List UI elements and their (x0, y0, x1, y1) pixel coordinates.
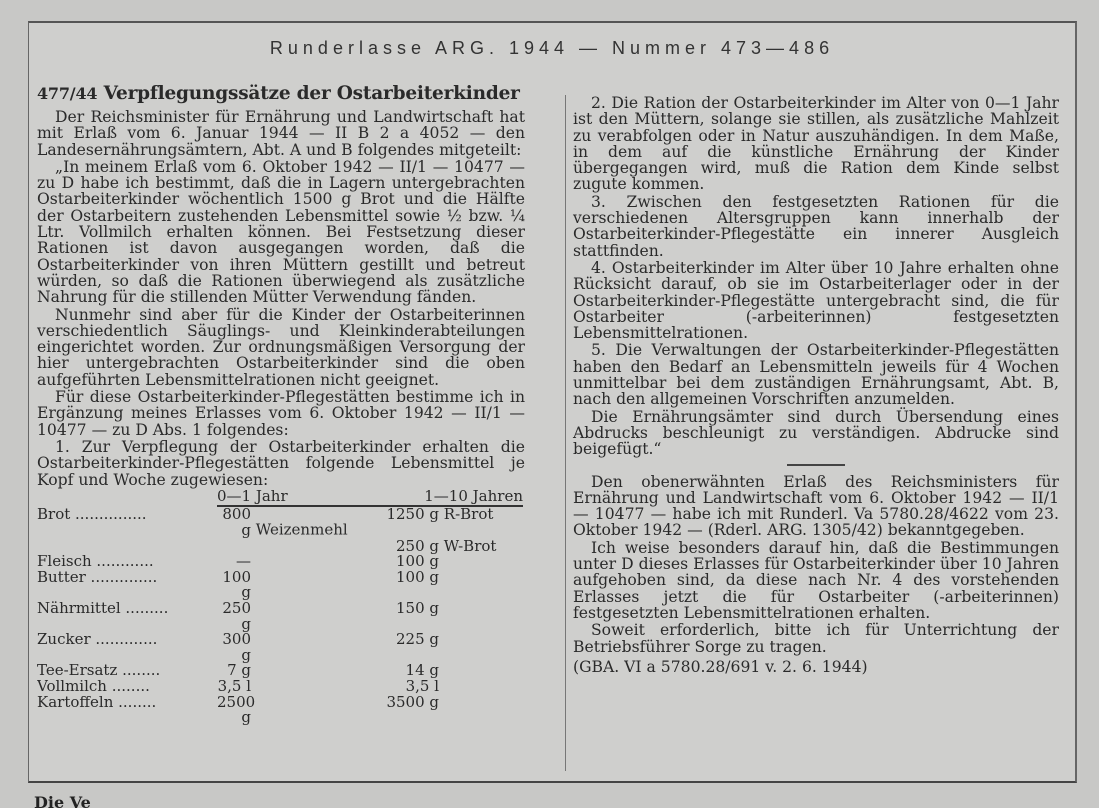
section-divider (787, 464, 845, 466)
table-row: Brot ............... 800 g Weizenmehl 12… (37, 507, 525, 538)
paragraph: Nunmehr sind aber für die Kinder der Ost… (37, 307, 525, 388)
paragraph: Soweit erforderlich, bitte ich für Unter… (573, 622, 1059, 655)
running-head: Runderlasse ARG. 1944 — Nummer 473—486 (29, 38, 1075, 59)
paragraph: Den obenerwähnten Erlaß des Reichsminist… (573, 474, 1059, 539)
reference-line: (GBA. VI a 5780.28/691 v. 2. 6. 1944) (573, 659, 1059, 675)
paragraph: 4. Ostarbeiterkinder im Alter über 10 Ja… (573, 260, 1059, 341)
table-row: Butter .............. 100 g 100 g (37, 570, 525, 601)
ration-table: 0—1 Jahr 1—10 Jahren Brot ..............… (37, 489, 525, 726)
table-row: Fleisch ............ — 100 g (37, 554, 525, 570)
paragraph: Ich weise besonders darauf hin, daß die … (573, 540, 1059, 621)
paragraph: Der Reichsminister für Ernährung und Lan… (37, 109, 525, 158)
paragraph: 3. Zwischen den festgesetzten Rationen f… (573, 194, 1059, 259)
table-row: Vollmilch ........ 3,5 l 3,5 l (37, 679, 525, 695)
paragraph: 1. Zur Verpflegung der Ostarbeiterkinder… (37, 439, 525, 488)
table-row: Nährmittel ......... 250 g 150 g (37, 601, 525, 632)
paragraph: 5. Die Verwaltungen der Ostarbeiterkinde… (573, 342, 1059, 407)
table-row: 250 g W-Brot (37, 539, 525, 555)
paragraph: „In meinem Erlaß vom 6. Oktober 1942 — I… (37, 159, 525, 306)
column-divider (565, 95, 566, 771)
paragraph: Für diese Ostarbeiterkinder-Pflegestätte… (37, 389, 525, 438)
next-section-fragment: Die Ve (34, 793, 91, 808)
paragraph: Die Ernährungsämter sind durch Übersendu… (573, 409, 1059, 458)
table-row: Zucker ............. 300 g 225 g (37, 632, 525, 663)
article-number: 477/44 (37, 84, 97, 103)
table-row: Tee-Ersatz ........ 7 g 14 g (37, 663, 525, 679)
right-column: 2. Die Ration der Ostarbeiterkinder im A… (573, 95, 1059, 676)
left-column: 477/44 Verpflegungssätze der Ostarbeiter… (37, 83, 525, 726)
article-title: 477/44 Verpflegungssätze der Ostarbeiter… (37, 83, 525, 105)
document-page: Runderlasse ARG. 1944 — Nummer 473—486 4… (28, 21, 1077, 783)
article-title-text: Verpflegungssätze der Ostarbeiterkinder (104, 83, 520, 104)
paragraph: 2. Die Ration der Ostarbeiterkinder im A… (573, 95, 1059, 193)
table-row: Kartoffeln ........ 2500 g 3500 g (37, 695, 525, 726)
